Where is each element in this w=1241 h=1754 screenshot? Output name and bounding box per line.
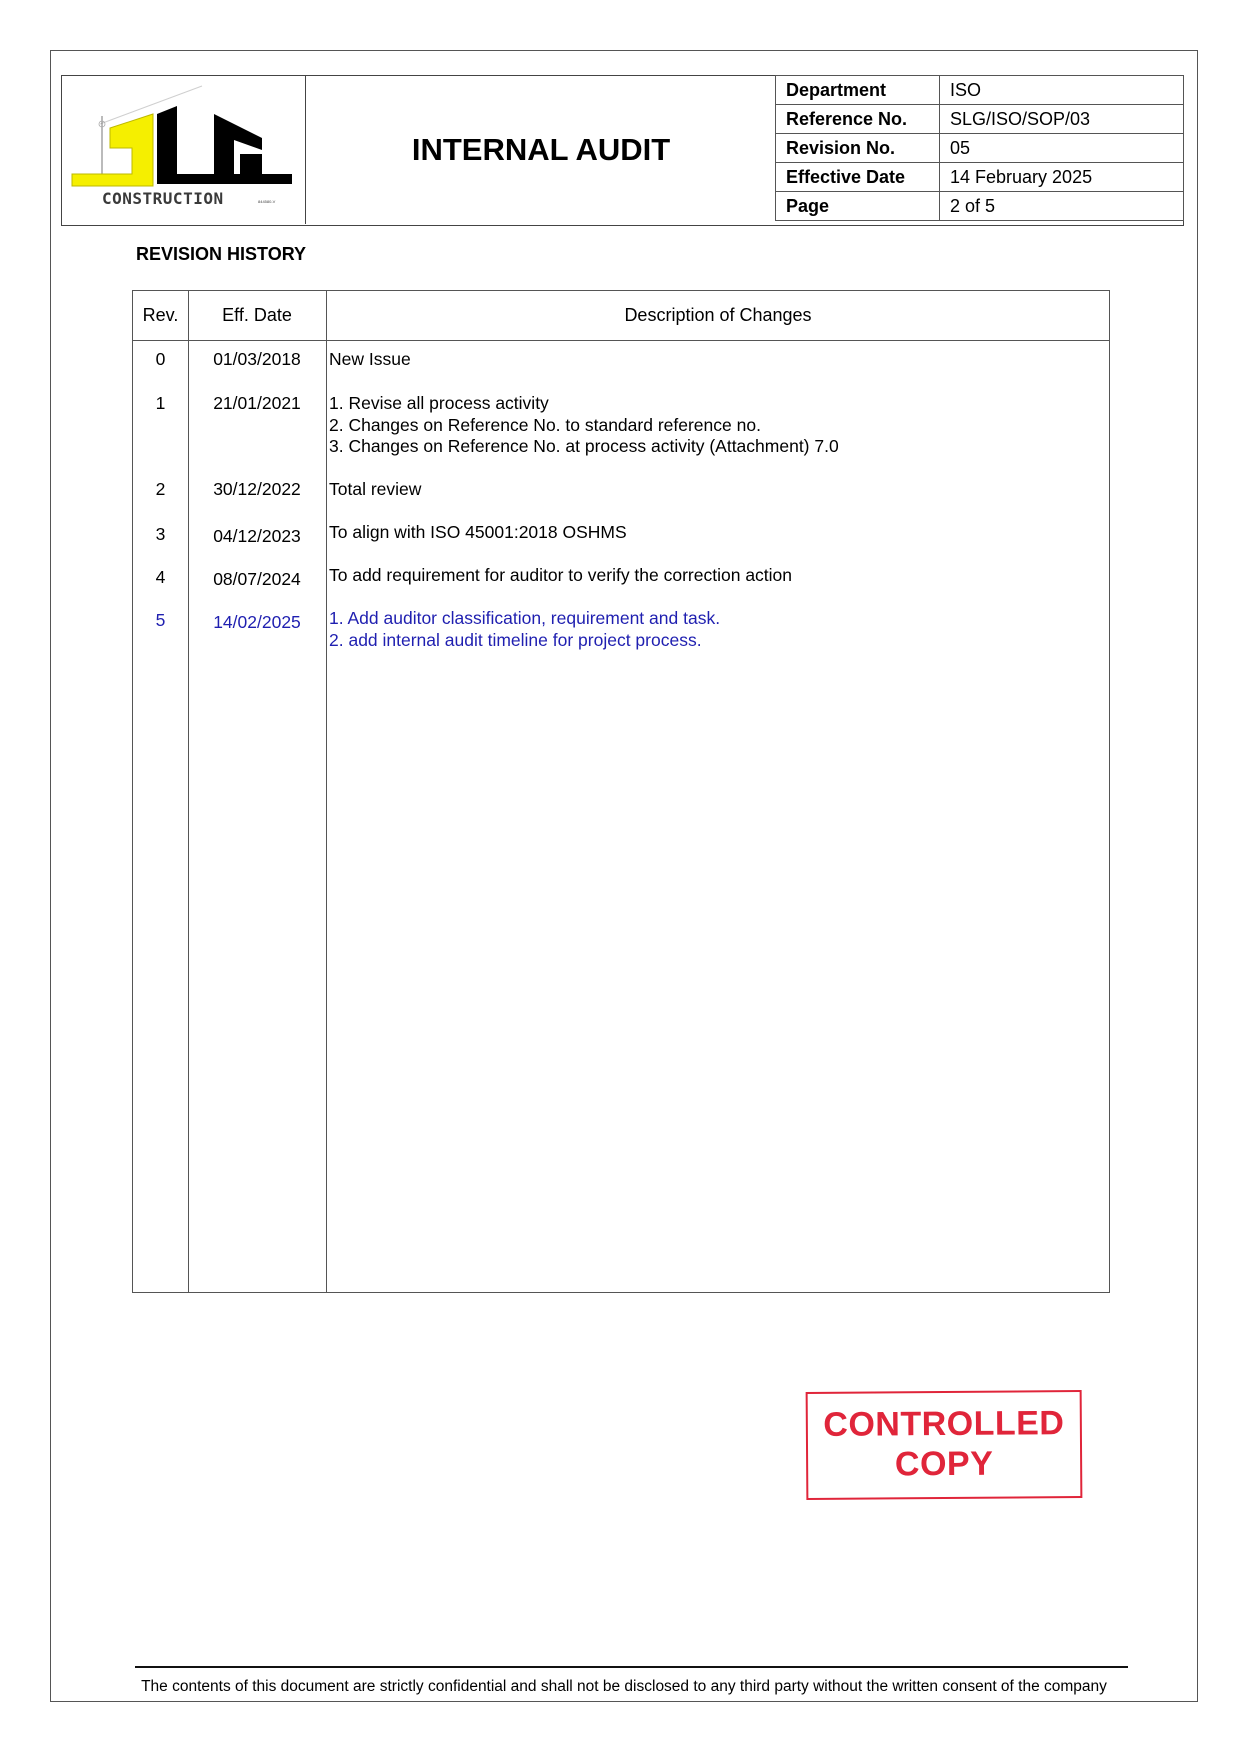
logo-subtitle: CONSTRUCTION [102, 189, 224, 208]
meta-value: 05 [940, 133, 1184, 162]
section-title: REVISION HISTORY [136, 244, 306, 265]
meta-label: Revision No. [776, 133, 940, 162]
change-description: To add requirement for auditor to verify… [329, 565, 1105, 587]
description-line: Total review [329, 479, 1105, 501]
meta-row-page: Page2 of 5 [776, 191, 1184, 220]
revision-history-table: Rev. Eff. Date Description of Changes 00… [132, 290, 1110, 1293]
meta-row-reference: Reference No.SLG/ISO/SOP/03 [776, 104, 1184, 133]
table-header-row: Rev. Eff. Date Description of Changes [133, 291, 1109, 341]
meta-value: ISO [940, 75, 1184, 104]
change-description: 1. Revise all process activity2. Changes… [329, 393, 1105, 458]
document-header: CONSTRUCTION 844580-V INTERNAL AUDIT Dep… [61, 75, 1184, 226]
description-line: To add requirement for auditor to verify… [329, 565, 1105, 587]
meta-label: Reference No. [776, 104, 940, 133]
description-line: To align with ISO 45001:2018 OSHMS [329, 522, 1105, 544]
footer-divider [135, 1666, 1128, 1668]
controlled-copy-stamp: CONTROLLED COPY [806, 1390, 1083, 1500]
description-line: New Issue [329, 349, 1105, 371]
meta-value: 14 February 2025 [940, 162, 1184, 191]
stamp-line-1: CONTROLLED [808, 1403, 1080, 1445]
slg-logo-icon: CONSTRUCTION 844580-V [62, 76, 304, 222]
meta-label: Effective Date [776, 162, 940, 191]
change-description: Total review [329, 479, 1105, 501]
rev-number: 3 [133, 524, 188, 546]
meta-value: 2 of 5 [940, 191, 1184, 220]
effective-date: 21/01/2021 [188, 393, 326, 415]
effective-date: 30/12/2022 [188, 479, 326, 501]
rev-number: 4 [133, 567, 188, 589]
description-line: 1. Add auditor classification, requireme… [329, 608, 1105, 630]
description-line: 3. Changes on Reference No. at process a… [329, 436, 1105, 458]
column-header-rev: Rev. [133, 291, 188, 340]
effective-date: 08/07/2024 [188, 569, 326, 591]
change-description: New Issue [329, 349, 1105, 371]
column-divider [133, 291, 189, 1292]
change-description: 1. Add auditor classification, requireme… [329, 608, 1105, 651]
logo-reg-no: 844580-V [258, 199, 276, 204]
company-logo: CONSTRUCTION 844580-V [62, 76, 306, 224]
column-header-date: Eff. Date [188, 291, 326, 340]
description-line: 1. Revise all process activity [329, 393, 1105, 415]
meta-label: Page [776, 191, 940, 220]
document-title: INTERNAL AUDIT [306, 76, 776, 224]
footer-confidentiality-note: The contents of this document are strict… [50, 1678, 1198, 1696]
column-divider [188, 291, 327, 1292]
stamp-line-2: COPY [808, 1443, 1080, 1485]
meta-value: SLG/ISO/SOP/03 [940, 104, 1184, 133]
column-header-description: Description of Changes [327, 291, 1109, 340]
rev-number: 1 [133, 393, 188, 415]
effective-date: 14/02/2025 [188, 612, 326, 634]
meta-row-revision: Revision No.05 [776, 133, 1184, 162]
description-line: 2. Changes on Reference No. to standard … [329, 415, 1105, 437]
description-line: 2. add internal audit timeline for proje… [329, 630, 1105, 652]
document-meta-table: DepartmentISO Reference No.SLG/ISO/SOP/0… [775, 75, 1184, 221]
effective-date: 01/03/2018 [188, 349, 326, 371]
effective-date: 04/12/2023 [188, 526, 326, 548]
meta-row-department: DepartmentISO [776, 75, 1184, 104]
rev-number: 2 [133, 479, 188, 501]
change-description: To align with ISO 45001:2018 OSHMS [329, 522, 1105, 544]
rev-number: 5 [133, 610, 188, 632]
meta-row-effective-date: Effective Date14 February 2025 [776, 162, 1184, 191]
meta-label: Department [776, 75, 940, 104]
rev-number: 0 [133, 349, 188, 371]
